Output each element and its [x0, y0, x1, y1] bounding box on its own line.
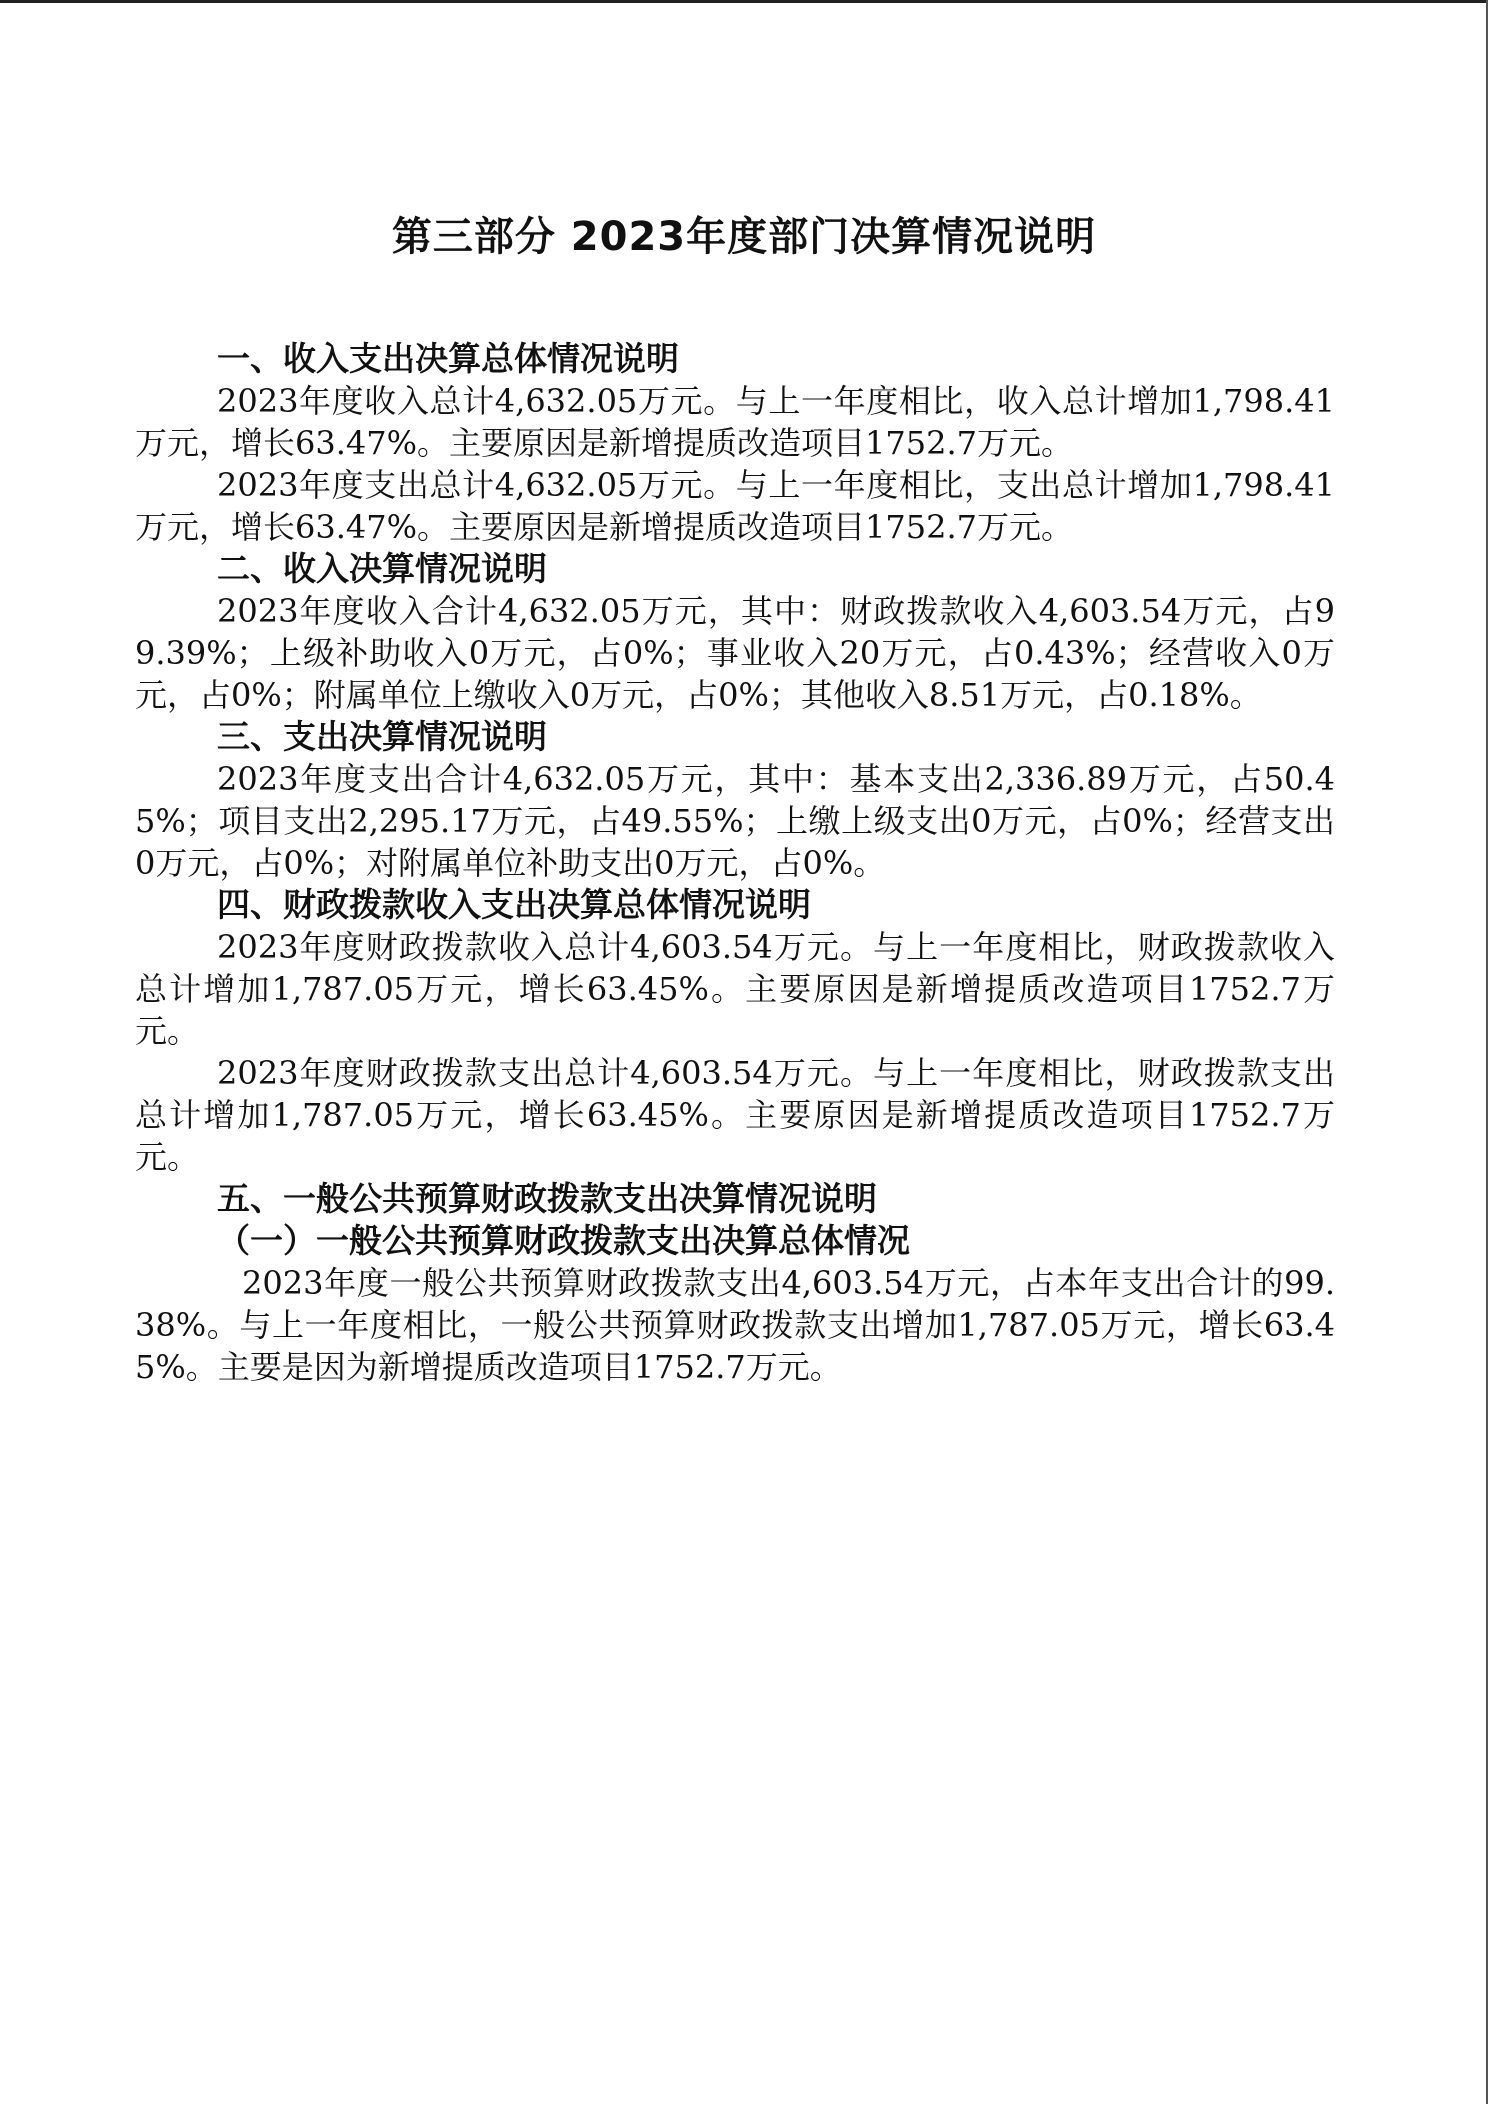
- section-expense: 三、支出决算情况说明 2023年度支出合计4,632.05万元，其中：基本支出2…: [135, 716, 1335, 884]
- section-income-expense-overview: 一、收入支出决算总体情况说明 2023年度收入总计4,632.05万元。与上一年…: [135, 338, 1335, 548]
- section-heading: 一、收入支出决算总体情况说明: [135, 338, 1335, 380]
- paragraph: 2023年度财政拨款支出总计4,603.54万元。与上一年度相比，财政拨款支出总…: [135, 1052, 1335, 1178]
- paragraph: 2023年度支出总计4,632.05万元。与上一年度相比，支出总计增加1,798…: [135, 464, 1335, 548]
- section-heading: 五、一般公共预算财政拨款支出决算情况说明: [135, 1178, 1335, 1220]
- page-title: 第三部分 2023年度部门决算情况说明: [0, 209, 1488, 265]
- section-heading: 三、支出决算情况说明: [135, 716, 1335, 758]
- paragraph: 2023年度财政拨款收入总计4,603.54万元。与上一年度相比，财政拨款收入总…: [135, 926, 1335, 1052]
- section-heading: 四、财政拨款收入支出决算总体情况说明: [135, 884, 1335, 926]
- section-fiscal-appropriation-overview: 四、财政拨款收入支出决算总体情况说明 2023年度财政拨款收入总计4,603.5…: [135, 884, 1335, 1178]
- section-general-public-budget: 五、一般公共预算财政拨款支出决算情况说明 （一）一般公共预算财政拨款支出决算总体…: [135, 1178, 1335, 1388]
- paragraph: 2023年度一般公共预算财政拨款支出4,603.54万元，占本年支出合计的99.…: [135, 1262, 1335, 1388]
- paragraph: 2023年度支出合计4,632.05万元，其中：基本支出2,336.89万元，占…: [135, 758, 1335, 884]
- section-income: 二、收入决算情况说明 2023年度收入合计4,632.05万元，其中：财政拨款收…: [135, 548, 1335, 716]
- subsection-heading: （一）一般公共预算财政拨款支出决算总体情况: [135, 1220, 1335, 1262]
- paragraph: 2023年度收入合计4,632.05万元，其中：财政拨款收入4,603.54万元…: [135, 590, 1335, 716]
- section-heading: 二、收入决算情况说明: [135, 548, 1335, 590]
- paragraph: 2023年度收入总计4,632.05万元。与上一年度相比，收入总计增加1,798…: [135, 380, 1335, 464]
- page-border-top: [0, 0, 1488, 3]
- document-body: 一、收入支出决算总体情况说明 2023年度收入总计4,632.05万元。与上一年…: [135, 338, 1335, 1388]
